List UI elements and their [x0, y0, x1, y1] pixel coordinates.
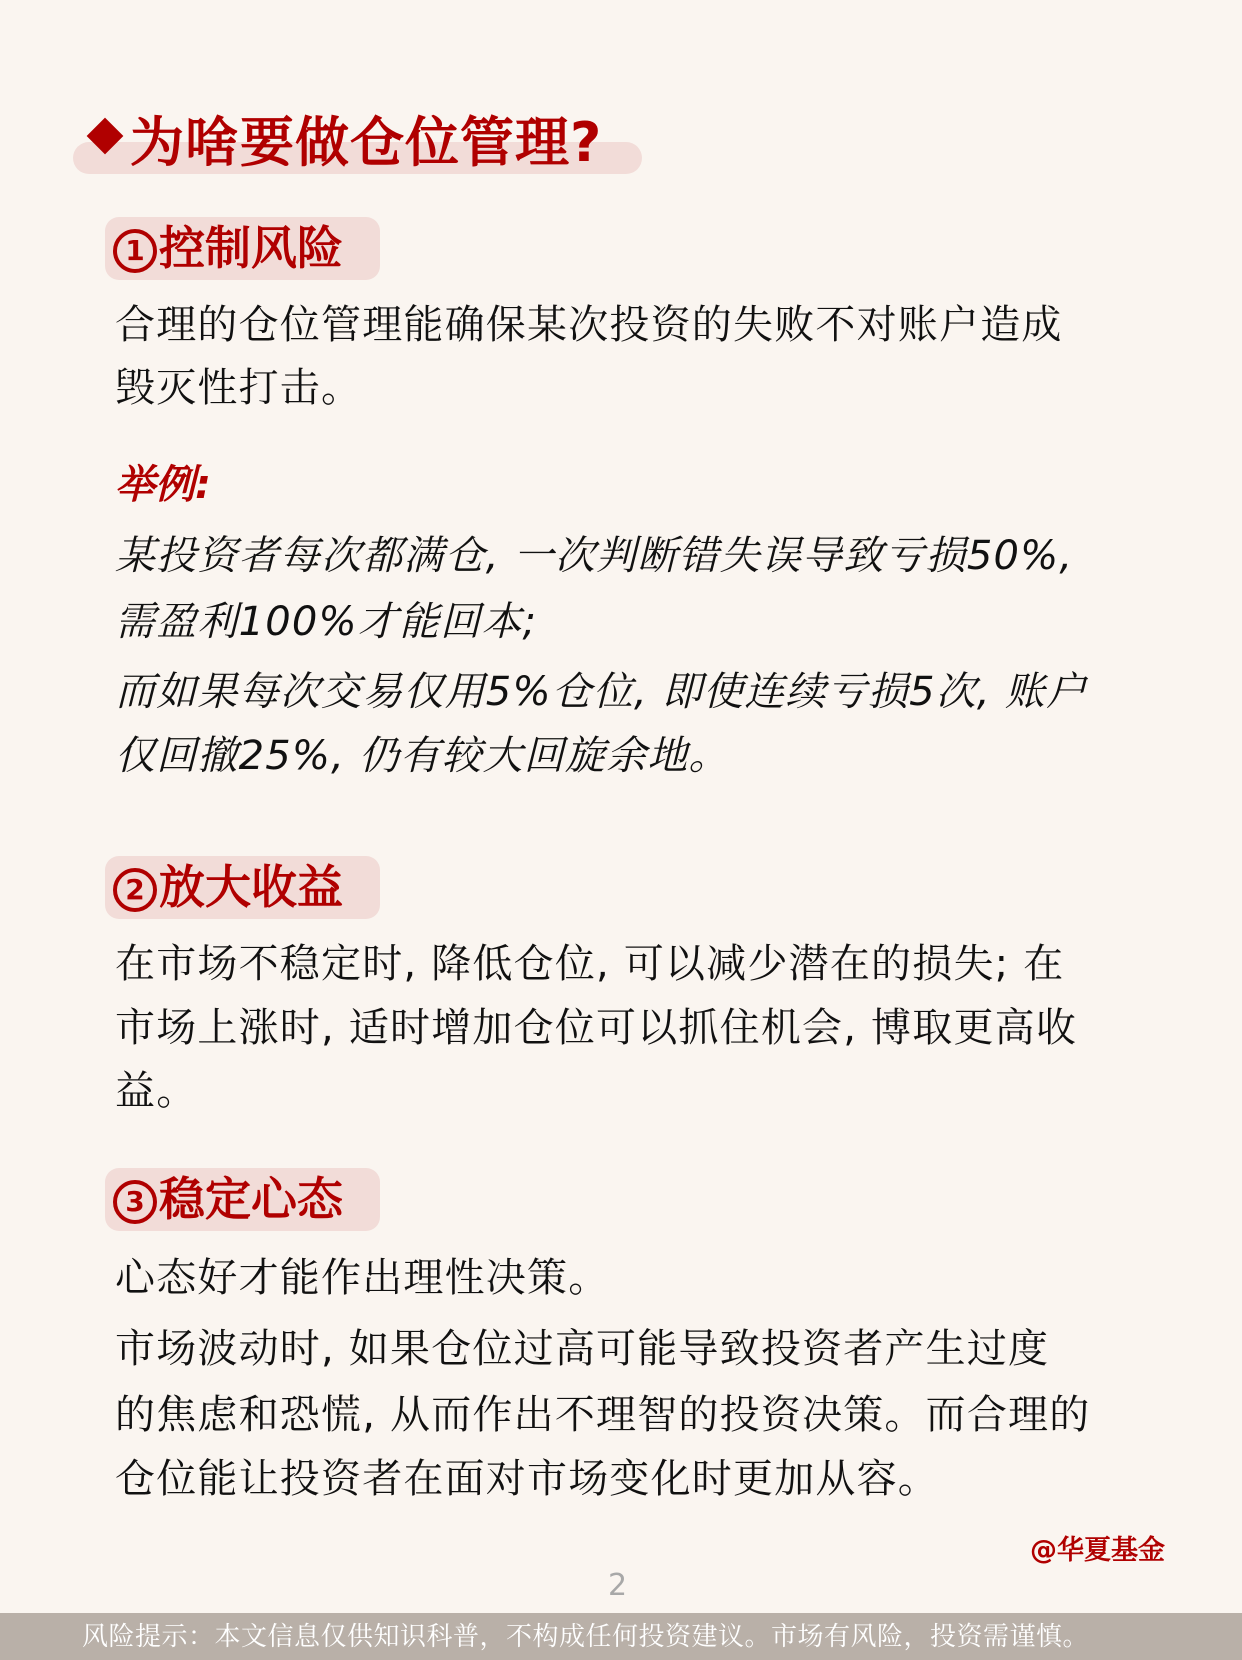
- paragraph-line: 心态好才能作出理性决策。: [115, 1254, 609, 1302]
- page-title: 为啥要做仓位管理?: [86, 108, 602, 178]
- paragraph-line: 合理的仓位管理能确保某次投资的失败不对账户造成: [115, 301, 1063, 349]
- circled-number-icon: 2: [113, 868, 157, 912]
- example-line: 而如果每次交易仅用5%仓位, 即使连续亏损5次, 账户: [115, 668, 1087, 716]
- paragraph-line: 市场上涨时, 适时增加仓位可以抓住机会, 博取更高收: [115, 1004, 1077, 1052]
- example-line: 某投资者每次都满仓, 一次判断错失误导致亏损50%,: [115, 532, 1073, 580]
- diamond-bullet-icon: [87, 118, 124, 155]
- example-line: 仅回撤25%, 仍有较大回旋余地。: [115, 732, 730, 780]
- paragraph-line: 的焦虑和恐慌, 从而作出不理智的投资决策。而合理的: [115, 1391, 1090, 1439]
- paragraph-line: 仓位能让投资者在面对市场变化时更加从容。: [115, 1455, 939, 1503]
- risk-notice-footer: 风险提示：本文信息仅供知识科普，不构成任何投资建议。市场有风险，投资需谨慎。: [0, 1613, 1242, 1660]
- paragraph-line: 毁灭性打击。: [115, 364, 362, 412]
- paragraph-line: 市场波动时, 如果仓位过高可能导致投资者产生过度: [115, 1325, 1049, 1373]
- paragraph-line: 在市场不稳定时, 降低仓位, 可以减少潜在的损失; 在: [115, 940, 1064, 988]
- circled-number-icon: 3: [113, 1180, 157, 1224]
- page-number: 2: [608, 1568, 627, 1604]
- example-line: 需盈利100%才能回本;: [115, 598, 537, 646]
- risk-notice-text: 风险提示：本文信息仅供知识科普，不构成任何投资建议。市场有风险，投资需谨慎。: [82, 1619, 1089, 1655]
- example-label: 举例:: [115, 461, 211, 509]
- circled-number-icon: 1: [113, 229, 157, 273]
- brand-watermark: @华夏基金: [1030, 1533, 1165, 1569]
- paragraph-line: 益。: [115, 1067, 197, 1115]
- section-heading-amplify-returns: 2放大收益: [105, 856, 380, 919]
- section-heading-text: 稳定心态: [159, 1172, 343, 1226]
- section-heading-text: 控制风险: [159, 221, 343, 275]
- section-heading-control-risk: 1控制风险: [105, 217, 380, 280]
- page-title-text: 为啥要做仓位管理?: [130, 111, 602, 174]
- section-heading-text: 放大收益: [159, 860, 343, 914]
- section-heading-stable-mindset: 3稳定心态: [105, 1168, 380, 1231]
